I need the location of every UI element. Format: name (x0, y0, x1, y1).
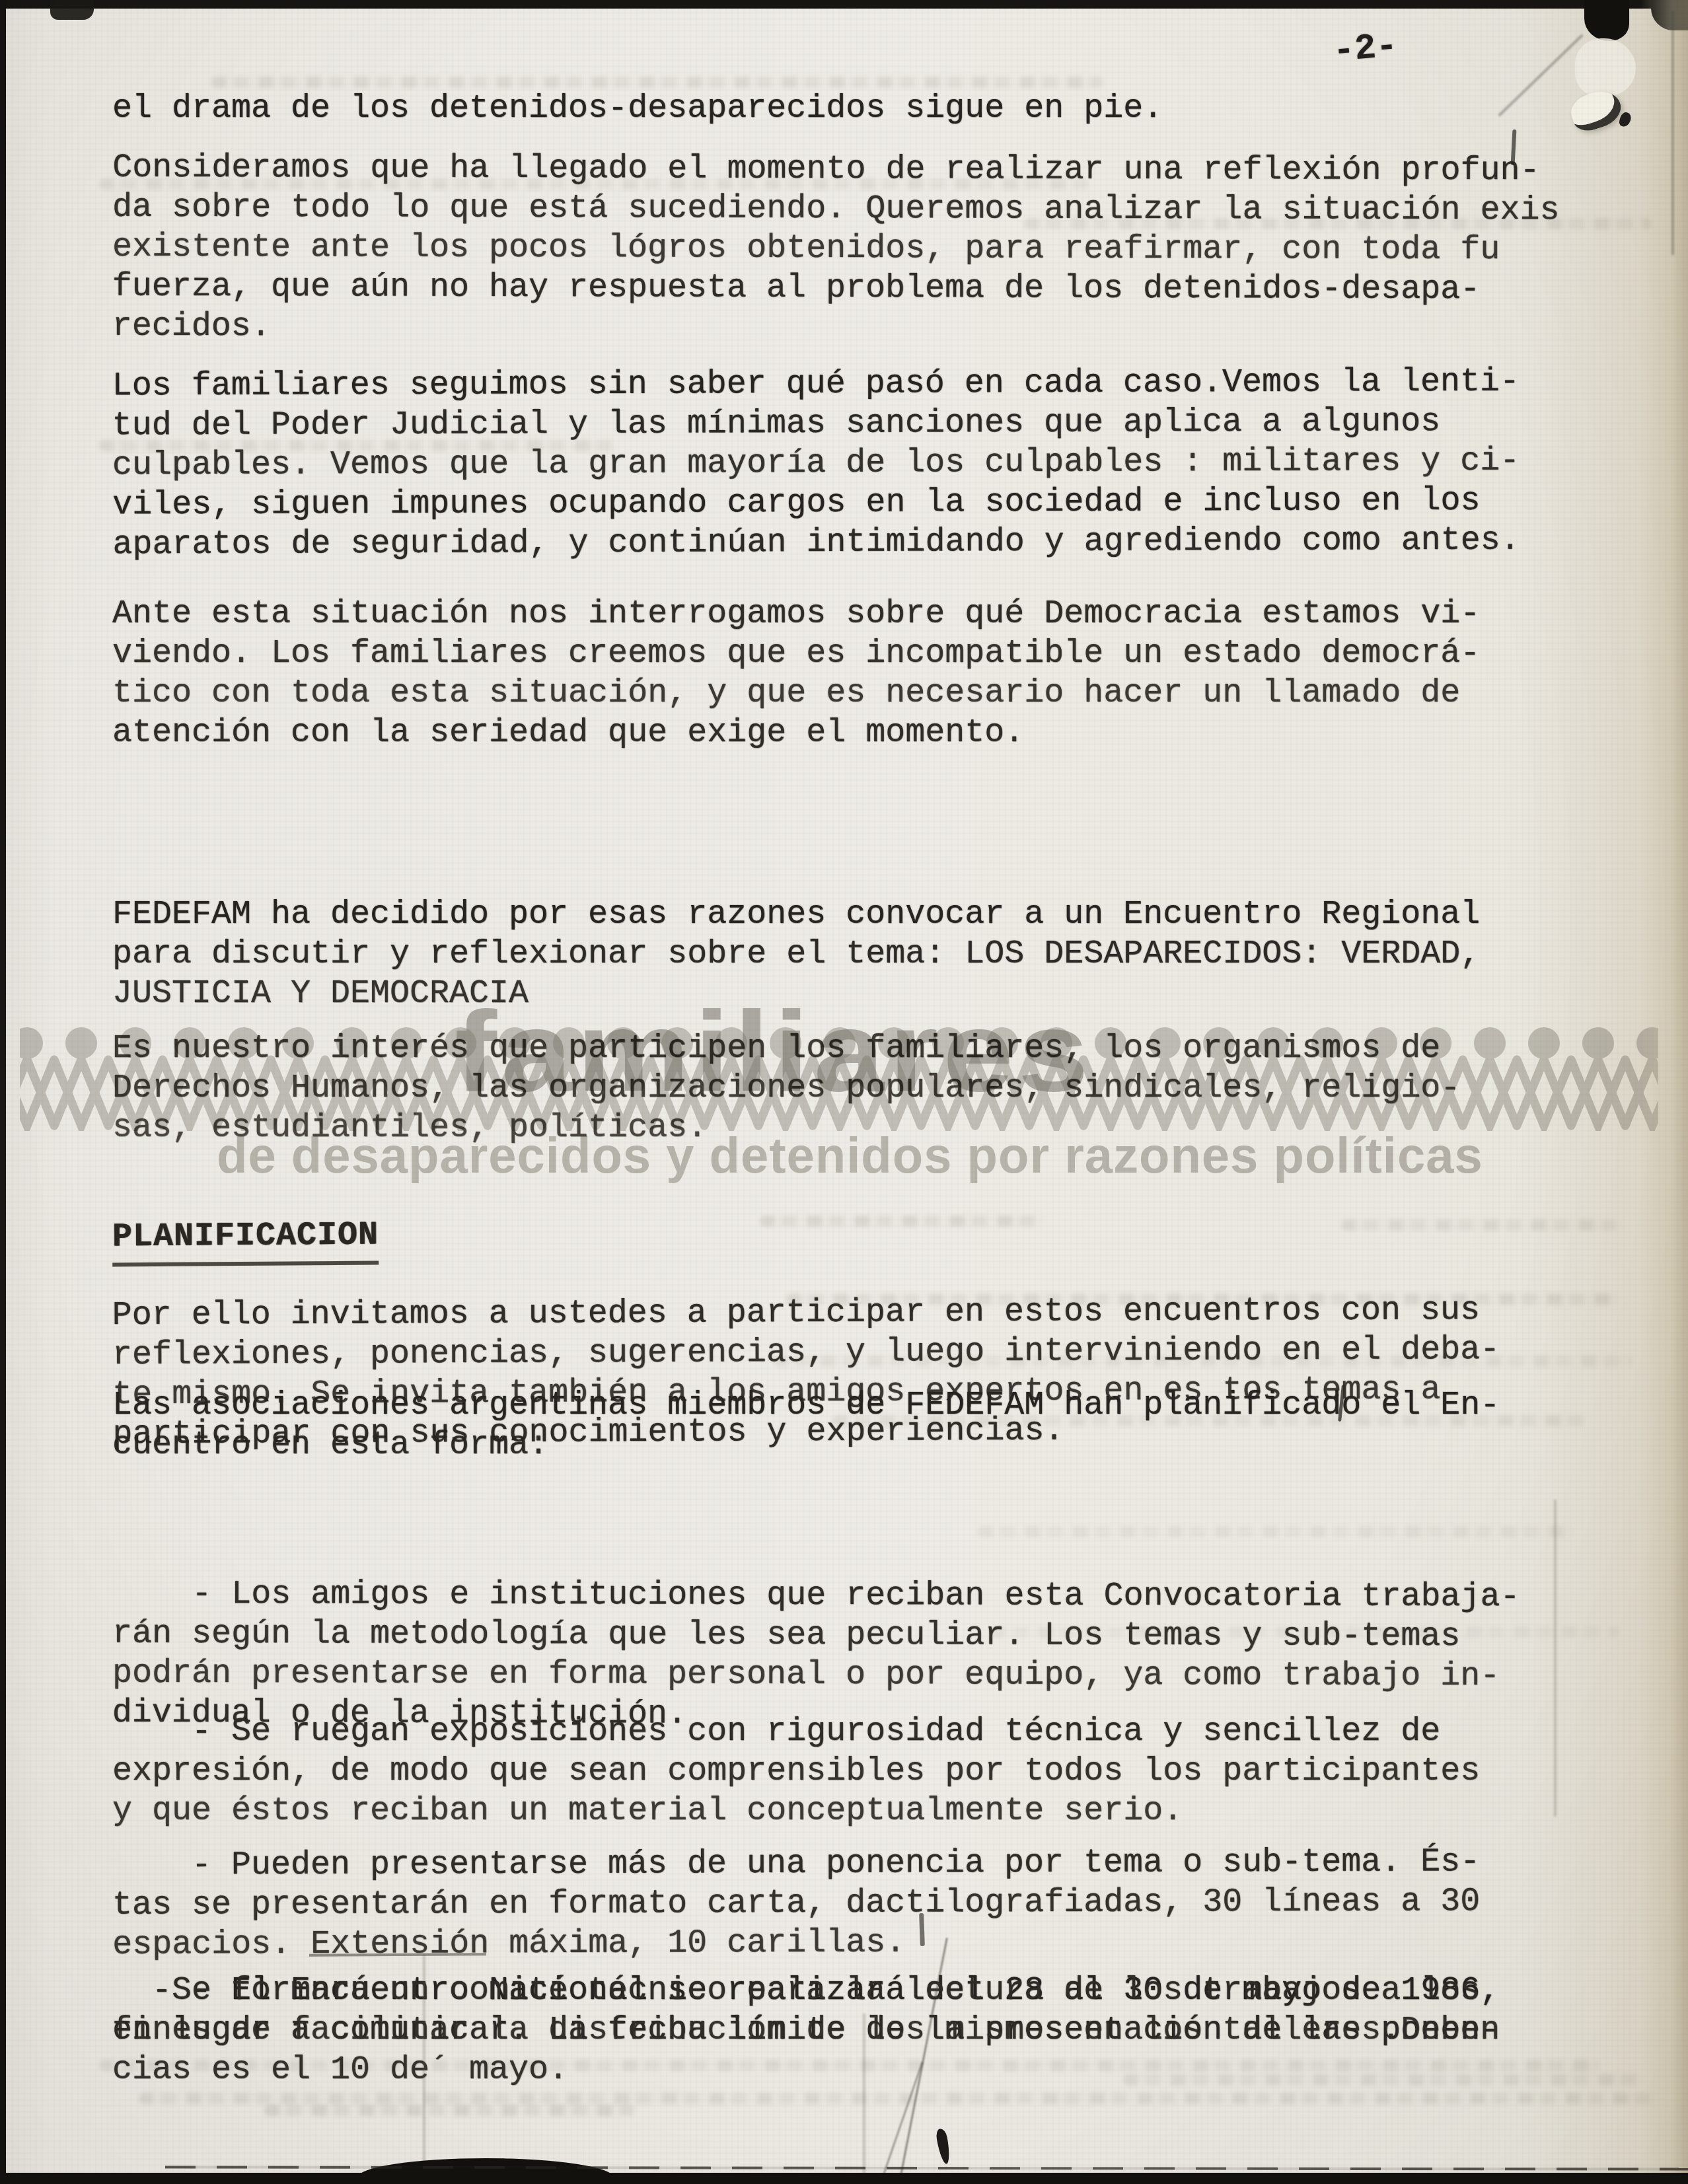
text-line: da sobre todo lo que está sucediendo. Qu… (112, 188, 1559, 231)
list-item-ponencias-formato: - Pueden presentarse más de una ponencia… (112, 1842, 1481, 1965)
text-line: FEDEFAM ha decidido por esas razones con… (112, 895, 1480, 935)
text-line: cuentro en esta forma: (112, 1426, 1500, 1465)
page-number: -2- (1332, 26, 1399, 72)
text-line: podrán presentarse en forma personal o p… (112, 1654, 1520, 1696)
paragraph-familiares-seguimos: Los familiares seguimos sin saber qué pa… (112, 363, 1520, 565)
paragraph-consideramos: Consideramos que ha llegado el momento d… (112, 149, 1560, 350)
text-line: - Se ruegan exposiciones con rigurosidad… (112, 1712, 1480, 1752)
text-line: el drama de los detenidos-desaparecidos … (112, 89, 1163, 129)
text-line: Los familiares seguimos sin saber qué pa… (112, 363, 1520, 407)
text-line: Las asociaciones argentinas miembros de … (112, 1386, 1500, 1426)
paragraph-intro: el drama de los detenidos-desaparecidos … (112, 89, 1163, 129)
text-line: tico con toda esta situación, y que es n… (112, 674, 1480, 713)
text-line: existente ante los pocos lógros obtenido… (112, 228, 1559, 271)
text-line: sas, estudiantiles, políticas. (112, 1109, 1460, 1148)
text-line: atención con la seriedad que exige el mo… (112, 713, 1480, 753)
section-heading-planificacion: PLANIFICACION (112, 1217, 379, 1267)
paragraph-fedefam-convocatoria: FEDEFAM ha decidido por esas razones con… (112, 895, 1480, 1014)
paragraph-interes-participen: Es nuestro interés que participen los fa… (112, 1029, 1460, 1148)
text-line: para discutir y reflexionar sobre el tem… (112, 935, 1480, 974)
text-line: culpables. Vemos que la gran mayoría de … (112, 442, 1520, 486)
text-line: rán según la metodología que les sea pec… (112, 1615, 1520, 1657)
document-page: -2- el drama de los detenidos-desapareci… (0, 0, 1688, 2184)
text-line: Es nuestro interés que participen los fa… (112, 1029, 1460, 1069)
text-line: y que éstos reciban un material conceptu… (112, 1792, 1480, 1831)
text-line: recidos. (112, 307, 1559, 350)
text-line: reflexiones, ponencias, sugerencias, y l… (112, 1330, 1500, 1375)
text-line: - Pueden presentarse más de una ponencia… (112, 1842, 1480, 1885)
text-line: Por ello invitamos a ustedes a participa… (112, 1291, 1500, 1336)
text-line: -Se formará un comité técnico para la le… (112, 1971, 1500, 2011)
text-line: Consideramos que ha llegado el momento d… (112, 149, 1559, 192)
text-line: expresión, de modo que sean comprensible… (112, 1752, 1480, 1792)
text-line: viles, siguen impunes ocupando cargos en… (112, 482, 1520, 526)
text-line: cias es el 10 de´ mayo. (112, 2051, 1500, 2090)
paragraph-ante-situacion: Ante esta situación nos interrogamos sob… (112, 595, 1480, 753)
text-line: espacios. Extensión máxima, 10 carillas. (112, 1922, 1480, 1965)
text-line: - Los amigos e instituciones que reciban… (112, 1575, 1520, 1617)
text-line: viendo. Los familiares creemos que es in… (112, 634, 1480, 674)
paragraph-asociaciones: Las asociaciones argentinas miembros de … (112, 1386, 1500, 1465)
text-line: tud del Poder Judicial y las mínimas san… (112, 402, 1520, 447)
text-line: tas se presentarán en formato carta, dac… (112, 1882, 1480, 1925)
text-line: Derechos Humanos, las organizaciones pop… (112, 1069, 1460, 1109)
text-line: JUSTICIA Y DEMOCRACIA (112, 974, 1480, 1014)
text-line: fuerza, que aún no hay respuesta al prob… (112, 268, 1559, 310)
text-line: fines de facilitar la distribución de lo… (112, 2011, 1500, 2051)
list-item-exposiciones: - Se ruegan exposiciones con rigurosidad… (112, 1712, 1480, 1831)
text-line: Ante esta situación nos interrogamos sob… (112, 595, 1480, 634)
typewritten-text-layer: -2- el drama de los detenidos-desapareci… (0, 0, 1688, 2184)
list-item-comite-tecnico: -Se formará un comité técnico para la le… (112, 1971, 1500, 2051)
text-line: aparatos de seguridad, y continúan intim… (112, 521, 1520, 565)
